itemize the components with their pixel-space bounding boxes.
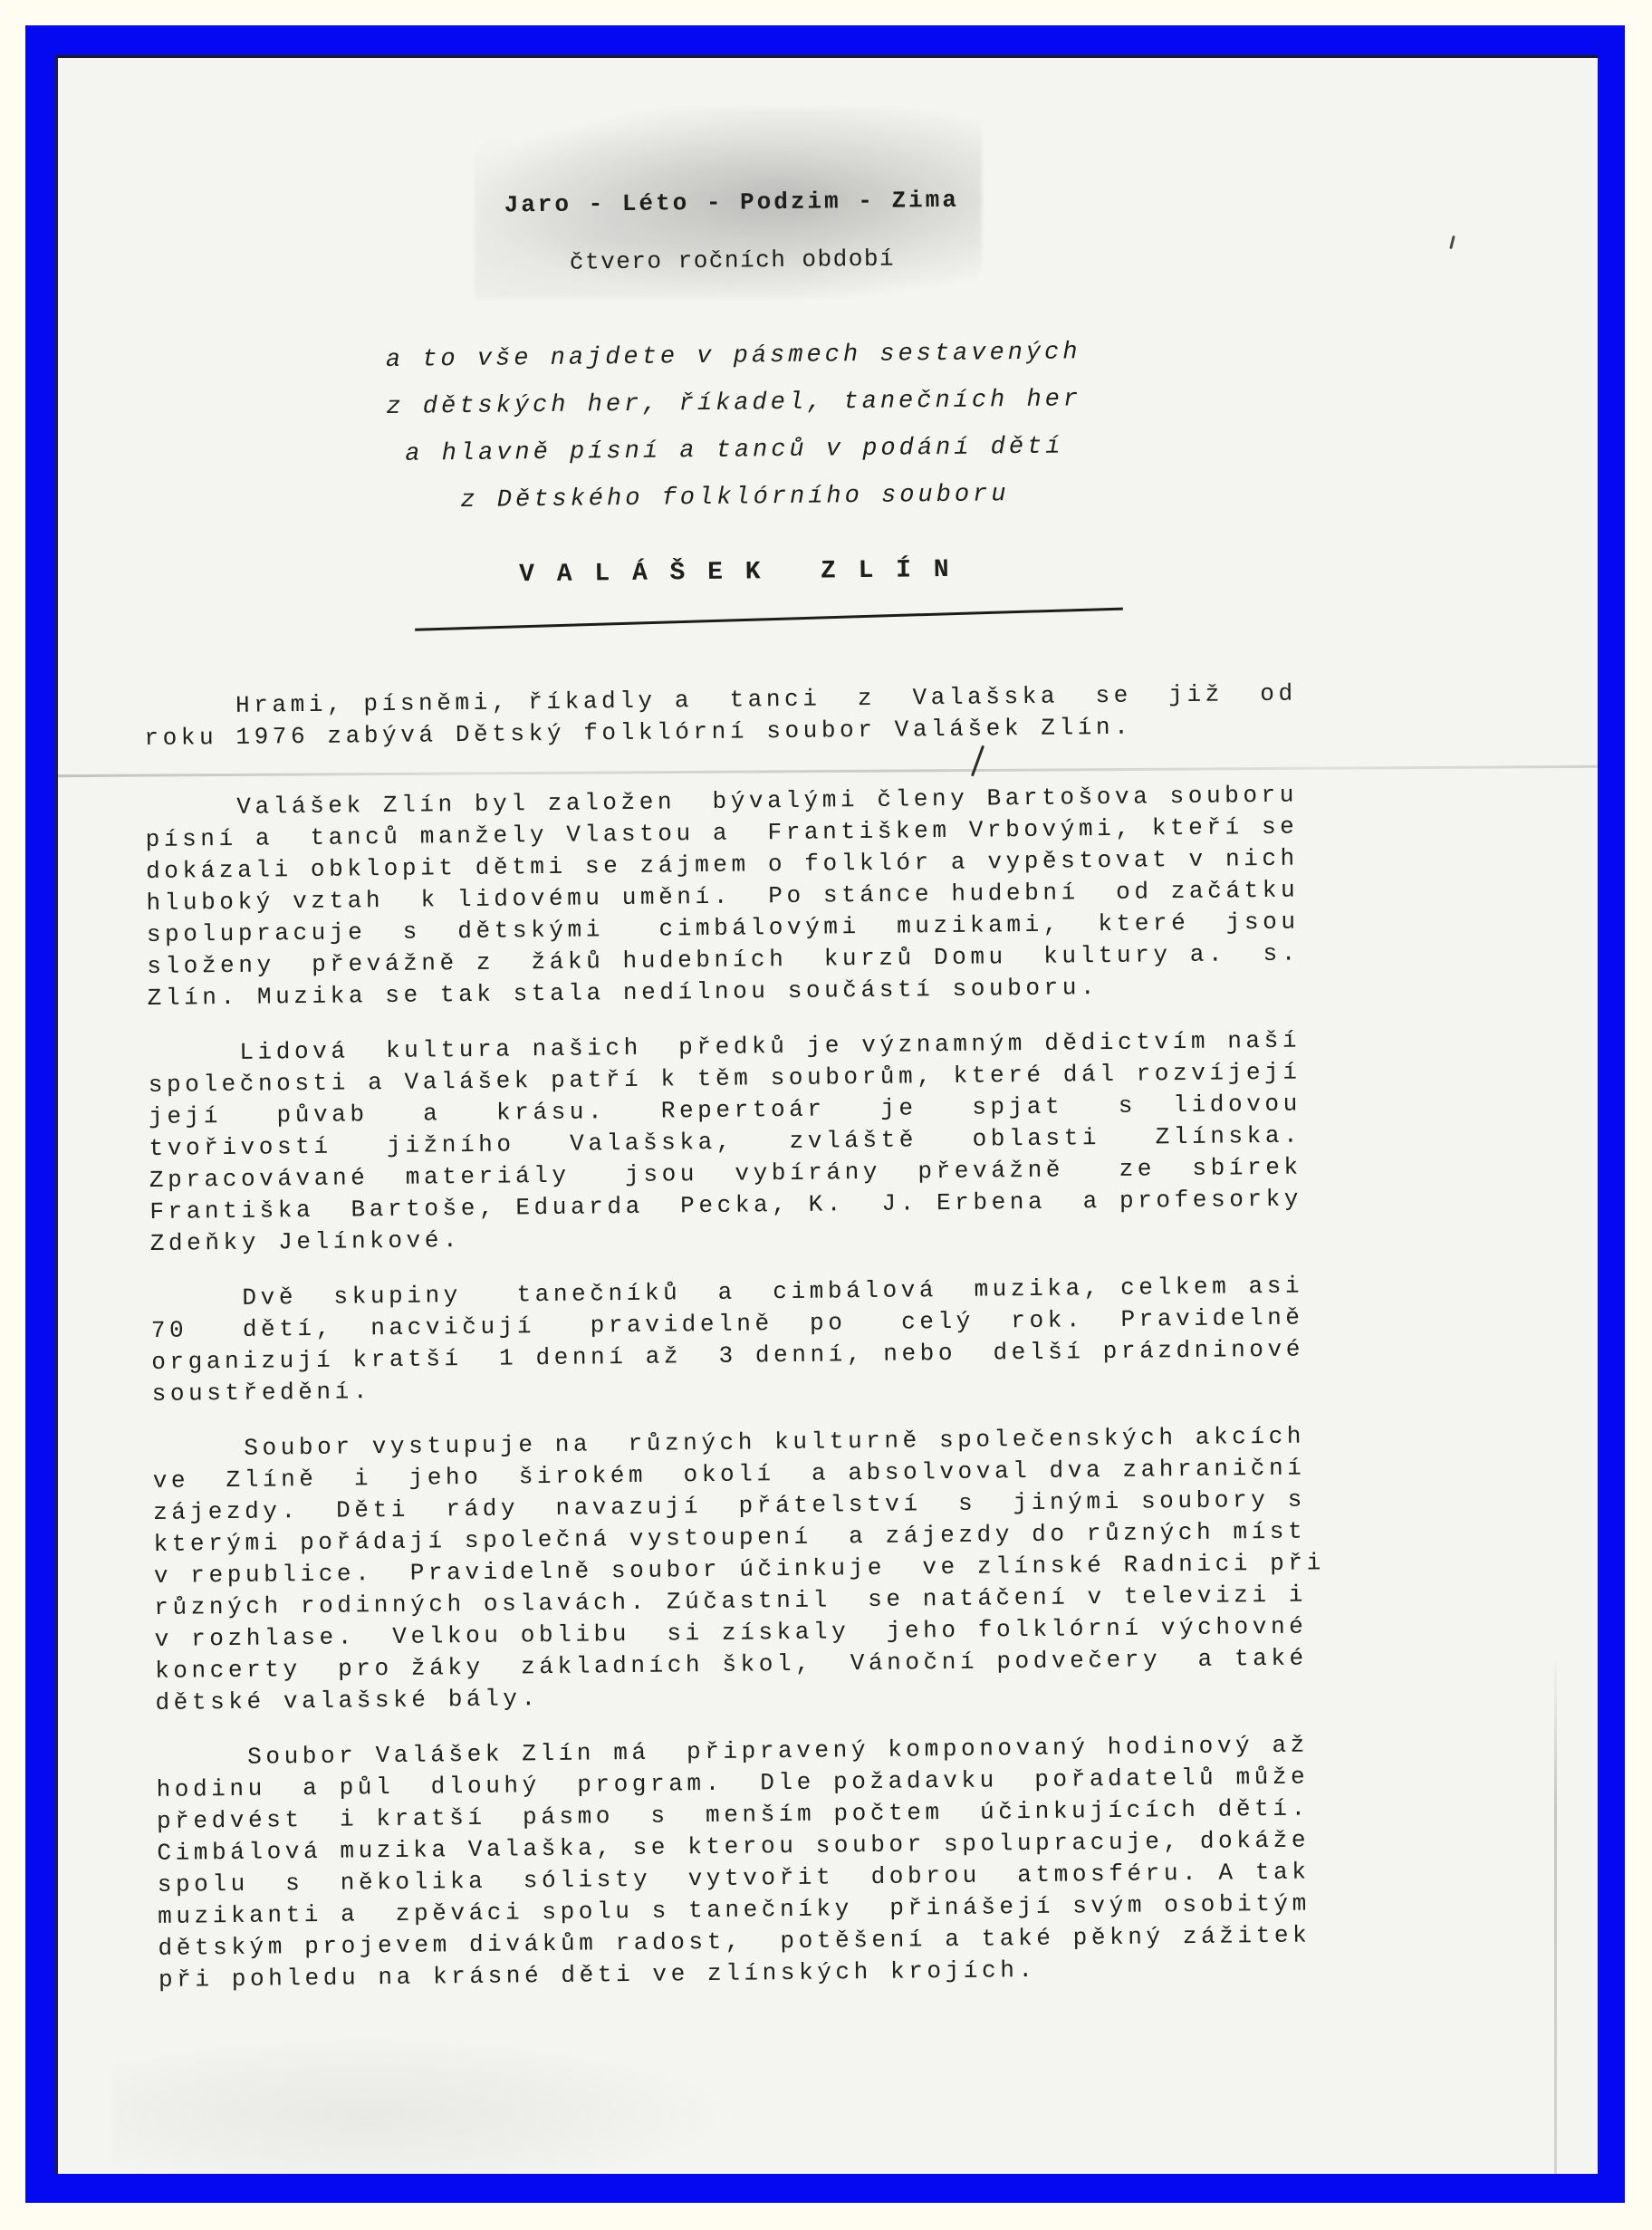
scan-outer-margin: Jaro - Léto - Podzim - Zima čtvero roční… bbox=[0, 0, 1652, 2230]
paragraph-groups: Dvě skupiny tanečníků a cimbálová muzika… bbox=[150, 1270, 1339, 1410]
stray-tick-mark bbox=[1449, 235, 1455, 249]
paragraph-program: Soubor Valášek Zlín má připravený kompon… bbox=[156, 1729, 1345, 1996]
seasons-title: Jaro - Léto - Podzim - Zima bbox=[139, 182, 1325, 224]
paragraph-repertoire: Lidová kultura našich předků je významný… bbox=[148, 1024, 1337, 1260]
paragraph-performances: Soubor vystupuje na různých kulturně spo… bbox=[152, 1420, 1341, 1719]
title-underline-rule bbox=[415, 608, 1123, 631]
document-content: Jaro - Léto - Podzim - Zima čtvero roční… bbox=[137, 55, 1345, 1996]
seasons-subtitle: čtvero ročních období bbox=[139, 240, 1325, 282]
ensemble-name: V A L Á Š E K Z L Í N bbox=[142, 551, 1329, 595]
blue-border-frame: Jaro - Léto - Podzim - Zima čtvero roční… bbox=[25, 25, 1625, 2203]
paragraph-lead: Hrami, písněmi, říkadly a tanci z Valašs… bbox=[144, 678, 1331, 755]
paragraph-founding: Valášek Zlín byl založen bývalými členy … bbox=[145, 779, 1334, 1014]
intro-verse-block: a to vše najdete v pásmech sestavených z… bbox=[139, 326, 1328, 528]
title-block: Jaro - Léto - Podzim - Zima čtvero roční… bbox=[139, 182, 1330, 595]
paper-edge-shadow bbox=[1554, 1652, 1557, 2174]
scan-smudge-bottom bbox=[112, 2033, 746, 2174]
scanned-document-page: Jaro - Léto - Podzim - Zima čtvero roční… bbox=[55, 55, 1598, 2174]
